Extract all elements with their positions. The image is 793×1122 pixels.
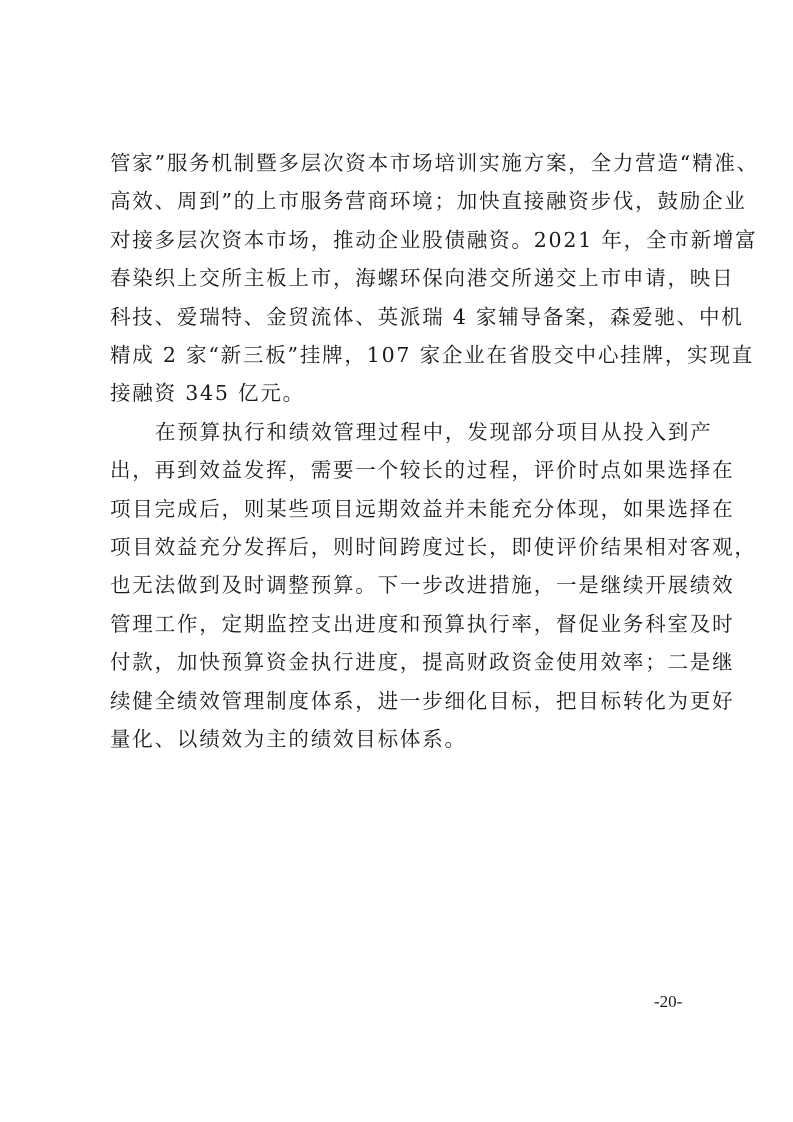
text-line: 项目完成后，则某些项目远期效益并未能充分体现，如果选择在	[110, 490, 692, 528]
page-number: -20-	[654, 992, 682, 1012]
text-line: 续健全绩效管理制度体系，进一步细化目标，把目标转化为更好	[110, 682, 692, 720]
text-line: 科技、爱瑞特、金贸流体、英派瑞 4 家辅导备案，森爱驰、中机	[110, 298, 692, 336]
paragraph-listing-services: 管家”服务机制暨多层次资本市场培训实施方案，全力营造“精准、 高效、周到”的上市…	[110, 144, 692, 413]
document-page: 管家”服务机制暨多层次资本市场培训实施方案，全力营造“精准、 高效、周到”的上市…	[0, 0, 793, 1122]
text-line: 对接多层次资本市场，推动企业股债融资。2021 年，全市新增富	[110, 221, 692, 259]
text-line: 量化、以绩效为主的绩效目标体系。	[110, 720, 692, 758]
text-line: 付款，加快预算资金执行进度，提高财政资金使用效率；二是继	[110, 643, 692, 681]
text-line: 接融资 345 亿元。	[110, 374, 692, 412]
text-line: 管理工作，定期监控支出进度和预算执行率，督促业务科室及时	[110, 605, 692, 643]
body-text: 管家”服务机制暨多层次资本市场培训实施方案，全力营造“精准、 高效、周到”的上市…	[110, 144, 692, 759]
text-line: 管家”服务机制暨多层次资本市场培训实施方案，全力营造“精准、	[110, 144, 692, 182]
text-line: 项目效益充分发挥后，则时间跨度过长，即使评价结果相对客观，	[110, 528, 692, 566]
paragraph-budget-performance: 在预算执行和绩效管理过程中，发现部分项目从投入到产 出，再到效益发挥，需要一个较…	[110, 413, 692, 759]
text-line: 在预算执行和绩效管理过程中，发现部分项目从投入到产	[110, 413, 692, 451]
text-line: 高效、周到”的上市服务营商环境；加快直接融资步伐，鼓励企业	[110, 182, 692, 220]
text-line: 精成 2 家“新三板”挂牌，107 家企业在省股交中心挂牌，实现直	[110, 336, 692, 374]
text-line: 也无法做到及时调整预算。下一步改进措施，一是继续开展绩效	[110, 566, 692, 604]
text-line: 出，再到效益发挥，需要一个较长的过程，评价时点如果选择在	[110, 451, 692, 489]
text-line: 春染织上交所主板上市，海螺环保向港交所递交上市申请，映日	[110, 259, 692, 297]
